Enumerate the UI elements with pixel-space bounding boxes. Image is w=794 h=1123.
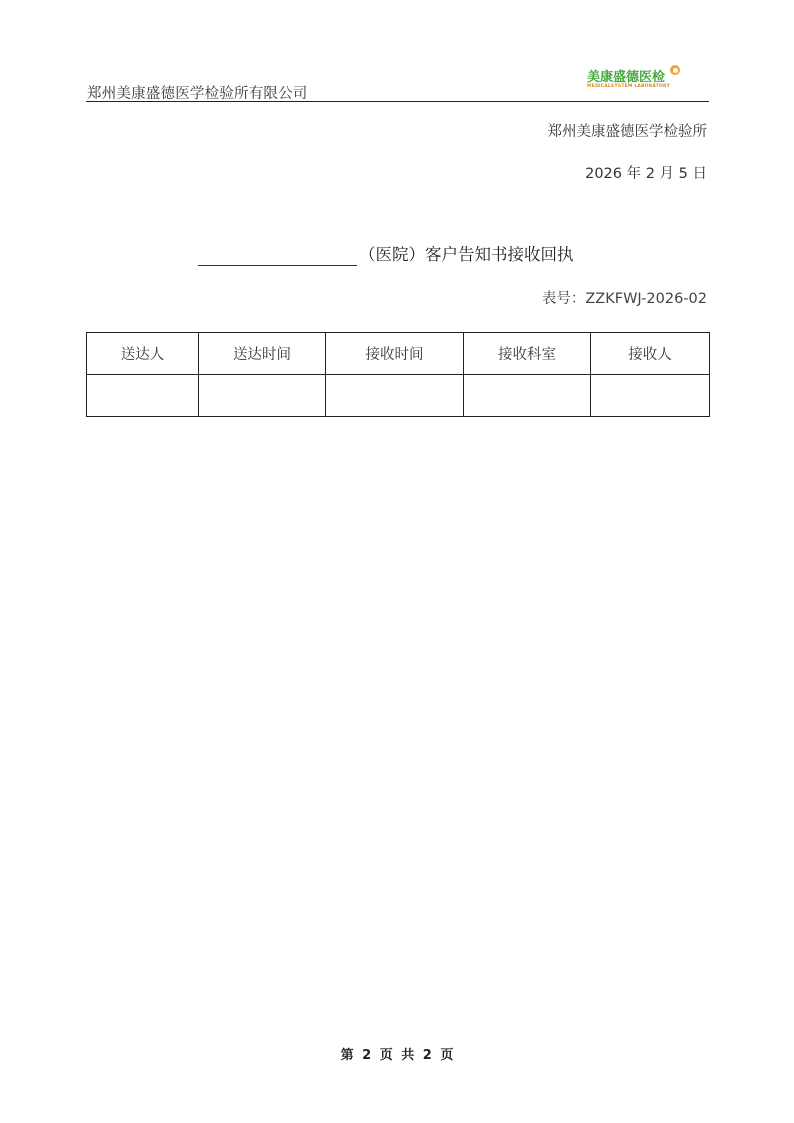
sender-organization: 郑州美康盛德医学检验所 — [548, 120, 708, 141]
hospital-name-blank — [198, 245, 357, 266]
table-row — [87, 375, 710, 417]
cell-sender[interactable] — [87, 375, 199, 417]
logo-en-text: MEDICALSYSTEM LABORATORY — [587, 84, 670, 89]
logo-cn-text: 美康盛德医检 — [587, 66, 665, 85]
header-company-name: 郑州美康盛德医学检验所有限公司 — [87, 82, 308, 103]
column-header-receiving-department: 接收科室 — [464, 333, 591, 375]
column-header-send-time: 送达时间 — [199, 333, 326, 375]
receipt-table: 送达人 送达时间 接收时间 接收科室 接收人 — [86, 332, 710, 417]
column-header-receive-time: 接收时间 — [326, 333, 464, 375]
cell-send-time[interactable] — [199, 375, 326, 417]
document-date: 2026 年 2 月 5 日 — [585, 162, 707, 183]
page-footer: 第 2 页 共 2 页 — [0, 1044, 794, 1063]
column-header-sender: 送达人 — [87, 333, 199, 375]
table-header-row: 送达人 送达时间 接收时间 接收科室 接收人 — [87, 333, 710, 375]
cell-receiver[interactable] — [591, 375, 710, 417]
cell-receiving-department[interactable] — [464, 375, 591, 417]
column-header-receiver: 接收人 — [591, 333, 710, 375]
logo-flower-icon — [670, 65, 680, 75]
cell-receive-time[interactable] — [326, 375, 464, 417]
title-text: （医院）客户告知书接收回执 — [359, 244, 574, 266]
form-number: 表号：ZZKFWJ-2026-02 — [542, 287, 707, 308]
document-title: （医院）客户告知书接收回执 — [198, 244, 574, 268]
company-logo: 美康盛德医检 MEDICALSYSTEM LABORATORY — [585, 64, 685, 94]
header-divider — [86, 101, 709, 102]
